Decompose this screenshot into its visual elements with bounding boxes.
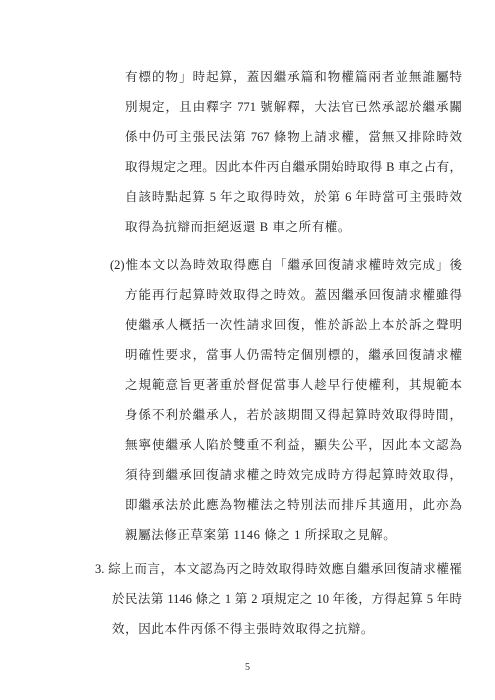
text-line: 身係不利於繼承人，若於該期間又得起算時效取得時間，: [125, 400, 462, 430]
text-line: 親屬法修正草案第 1146 條之 1 所採取之見解。: [125, 520, 462, 550]
text-line: 係中仍可主張民法第 767 條物上請求權，當無又排除時效: [125, 122, 462, 152]
text-line: 明確性要求，當事人仍需特定個別標的，繼承回復請求權: [125, 340, 462, 370]
text-line: 使繼承人概括一次性請求回復，惟於訴訟上本於訴之聲明: [125, 310, 462, 340]
text-line: 之規範意旨更著重於督促當事人趁早行使權利，其規範本: [125, 370, 462, 400]
text-line: 取得為抗辯而拒絕返還 B 車之所有權。: [125, 212, 462, 242]
text-line: 方能再行起算時效取得之時效。蓋因繼承回復請求權雖得: [125, 280, 462, 310]
text-line: 須待到繼承回復請求權之時效完成時方得起算時效取得，: [125, 460, 462, 490]
paragraph-item-3: 3. 綜上而言，本文認為丙之時效取得時效應自繼承回復請求權罹 於民法第 1146…: [112, 554, 462, 644]
text-line: (2)惟本文以為時效取得應自「繼承回復請求權時效完成」後: [125, 250, 462, 280]
text-line: 3. 綜上而言，本文認為丙之時效取得時效應自繼承回復請求權罹: [112, 554, 462, 584]
text-line: 取得規定之理。因此本件丙自繼承開始時取得 B 車之占有，: [125, 152, 462, 182]
text-line: 無寧使繼承人陷於雙重不利益，顯失公平，因此本文認為: [125, 430, 462, 460]
paragraph-continuation: 有標的物」時起算，蓋因繼承篇和物權篇兩者並無誰屬特 別規定，且由釋字 771 號…: [125, 62, 462, 242]
page-number: 5: [0, 662, 495, 674]
text-line: 自該時點起算 5 年之取得時效，於第 6 年時當可主張時效: [125, 182, 462, 212]
text-line: 於民法第 1146 條之 1 第 2 項規定之 10 年後，方得起算 5 年時: [112, 584, 462, 614]
text-line: 效，因此本件丙係不得主張時效取得之抗辯。: [112, 614, 462, 644]
text-line: 有標的物」時起算，蓋因繼承篇和物權篇兩者並無誰屬特: [125, 62, 462, 92]
paragraph-item-2: (2)惟本文以為時效取得應自「繼承回復請求權時效完成」後 方能再行起算時效取得之…: [125, 250, 462, 550]
document-page: 有標的物」時起算，蓋因繼承篇和物權篇兩者並無誰屬特 別規定，且由釋字 771 號…: [0, 0, 495, 700]
body-text-block: 有標的物」時起算，蓋因繼承篇和物權篇兩者並無誰屬特 別規定，且由釋字 771 號…: [0, 62, 495, 644]
text-line: 別規定，且由釋字 771 號解釋，大法官已然承認於繼承關: [125, 92, 462, 122]
text-line: 即繼承法於此應為物權法之特別法而排斥其適用，此亦為: [125, 490, 462, 520]
